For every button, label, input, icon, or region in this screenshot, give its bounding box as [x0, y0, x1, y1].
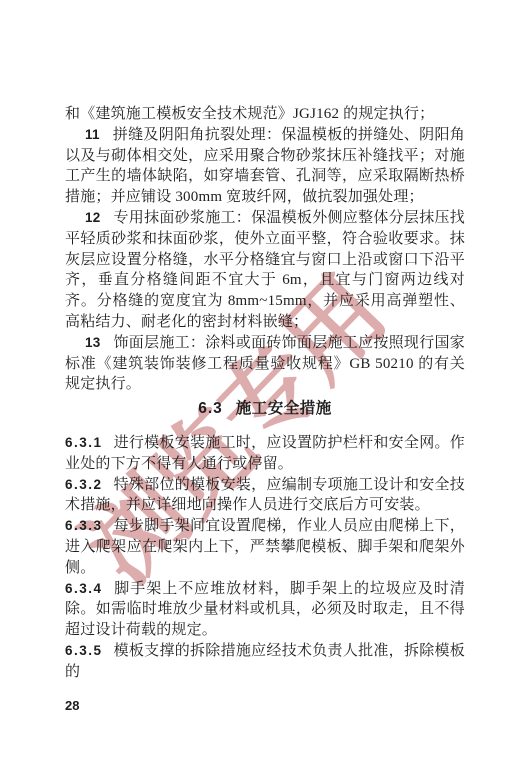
clause-number: 6.3.2 [65, 477, 103, 492]
item-number: 12 [85, 210, 100, 225]
item-number: 11 [85, 127, 100, 142]
page-content: 和《建筑施工模板安全技术规范》JGJ162 的规定执行； 11拼缝及阴阳角抗裂处… [0, 0, 529, 713]
clause-6-3-4: 6.3.4脚手架上不应堆放材料，脚手架上的垃圾应及时清除。如需临时堆放少量材料或… [65, 579, 465, 641]
numbered-item-13: 13饰面层施工：涂料或面砖饰面层施工应按照现行国家标准《建筑装饰装修工程质量验收… [65, 333, 465, 395]
clause-number: 6.3.4 [65, 581, 103, 596]
document-page: 浏览专用 和《建筑施工模板安全技术规范》JGJ162 的规定执行； 11拼缝及阴… [0, 0, 529, 767]
clause-number: 6.3.3 [65, 518, 103, 533]
clause-6-3-2: 6.3.2特殊部位的模板安装，应编制专项施工设计和安全技术措施，并应详细地向操作… [65, 475, 465, 517]
page-number: 28 [65, 698, 465, 713]
item-text: 专用抹面砂浆施工：保温模板外侧应整体分层抹压找平轻质砂浆和抹面砂浆，使外立面平整… [65, 210, 465, 330]
section-heading: 6.3施工安全措施 [65, 399, 465, 420]
clause-6-3-3: 6.3.3每步脚手架间宜设置爬梯，作业人员应由爬梯上下，进入爬架应在爬架内上下，… [65, 516, 465, 578]
numbered-item-12: 12专用抹面砂浆施工：保温模板外侧应整体分层抹压找平轻质砂浆和抹面砂浆，使外立面… [65, 208, 465, 333]
item-text: 饰面层施工：涂料或面砖饰面层施工应按照现行国家标准《建筑装饰装修工程质量验收规程… [65, 335, 465, 393]
numbered-item-11: 11拼缝及阴阳角抗裂处理：保温模板的拼缝处、阴阳角以及与砌体相交处，应采用聚合物… [65, 125, 465, 208]
clause-text: 脚手架上不应堆放材料，脚手架上的垃圾应及时清除。如需临时堆放少量材料或机具，必须… [65, 581, 465, 639]
clause-number: 6.3.5 [65, 643, 103, 658]
clause-text: 模板支撑的拆除措施应经技术负责人批准，拆除模板的 [65, 643, 465, 680]
item-number: 13 [85, 335, 100, 350]
clause-text: 每步脚手架间宜设置爬梯，作业人员应由爬梯上下，进入爬架应在爬架内上下，严禁攀爬模… [65, 518, 465, 576]
clause-text: 特殊部位的模板安装，应编制专项施工设计和安全技术措施，并应详细地向操作人员进行交… [65, 477, 465, 514]
section-number: 6.3 [198, 400, 223, 417]
clause-text: 进行模板安装施工时，应设置防护栏杆和安全网。作业处的下方不得有人通行或停留。 [65, 435, 465, 472]
item-text: 拼缝及阴阳角抗裂处理：保温模板的拼缝处、阴阳角以及与砌体相交处，应采用聚合物砂浆… [65, 127, 465, 205]
section-title: 施工安全措施 [236, 400, 332, 417]
clause-6-3-1: 6.3.1进行模板安装施工时，应设置防护栏杆和安全网。作业处的下方不得有人通行或… [65, 433, 465, 475]
clause-6-3-5: 6.3.5模板支撑的拆除措施应经技术负责人批准，拆除模板的 [65, 641, 465, 683]
clause-number: 6.3.1 [65, 435, 103, 450]
paragraph-intro: 和《建筑施工模板安全技术规范》JGJ162 的规定执行； [65, 104, 465, 125]
